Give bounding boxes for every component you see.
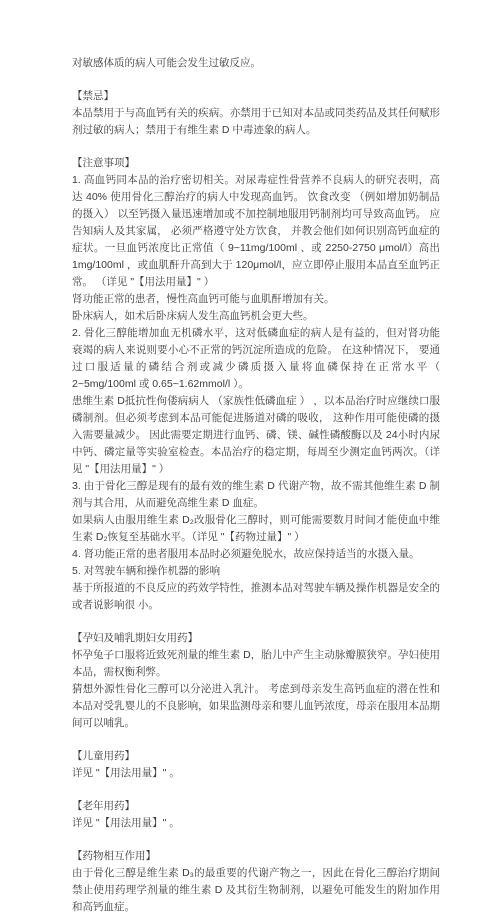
section-paragraph: 肾功能正常的患者，慢性高血钙可能与血肌酐增加有关。: [72, 291, 440, 308]
section-precautions: 【注意事项】 1. 高血钙同本品的治疗密切相关。对尿毒症性骨营养不良病人的研究表…: [72, 155, 440, 614]
section-heading: 【禁忌】: [72, 88, 440, 105]
section-paragraph: 卧床病人，如术后卧床病人发生高血钙机会更大些。: [72, 308, 440, 325]
section-paragraph: 1. 高血钙同本品的治疗密切相关。对尿毒症性骨营养不良病人的研究表明，高达 40…: [72, 172, 440, 291]
section-paragraph: 基于所报道的不良反应的药效学特性，推测本品对驾驶车辆及操作机器是安全的或者说影响…: [72, 580, 440, 614]
section-pregnancy-lactation: 【孕妇及哺乳期妇女用药】 怀孕兔子口服将近致死剂量的维生素 D，胎儿中产生主动脉…: [72, 630, 440, 708]
section-heading: 【孕妇及哺乳期妇女用药】: [72, 630, 440, 647]
section-contraindications: 【禁忌】 本品禁用于与高血钙有关的疾病。亦禁用于已知对本品或同类药品及其任何赋形…: [72, 88, 440, 139]
section-paragraph: 怀孕兔子口服将近致死剂量的维生素 D，胎儿中产生主动脉瓣膜狭窄。孕妇使用本品，需…: [72, 647, 440, 681]
section-paragraph: 本品禁用于与高血钙有关的疾病。亦禁用于已知对本品或同类药品及其任何赋形剂过敏的病…: [72, 105, 440, 139]
section-heading: 【注意事项】: [72, 155, 440, 172]
section-paragraph: 如果病人由服用维生素 D₂改服骨化三醇时，则可能需要数月时间才能使血中维生素 D…: [72, 512, 440, 546]
section-paragraph: 患维生素 D抵抗性佝偻病病人 （家族性低磷血症 ） ，以本品治疗时应继续口服磷制…: [72, 393, 440, 478]
intro-paragraph: 对敏感体质的病人可能会发生过敏反应。: [72, 55, 440, 72]
section-paragraph: 4. 肾功能正常的患者服用本品时必须避免脱水，故应保持适当的水摄入量。: [72, 546, 440, 563]
section-paragraph: 5. 对驾驶车辆和操作机器的影响: [72, 563, 440, 580]
section-paragraph: 3. 由于骨化三醇是现有的最有效的维生素 D 代谢产物，故不需其他维生素 D 制…: [72, 478, 440, 512]
section-paragraph: 猜想外源性骨化三醇可以分泌进入乳汁。 考虑到母亲发生高钙血症的潜在性和本品对受乳…: [72, 681, 440, 708]
document-page: 对敏感体质的病人可能会发生过敏反应。 【禁忌】 本品禁用于与高血钙有关的疾病。亦…: [0, 0, 500, 708]
section-paragraph: 2. 骨化三醇能增加血无机磷水平，这对低磷血症的病人是有益的，但对肾功能衰竭的病…: [72, 325, 440, 393]
